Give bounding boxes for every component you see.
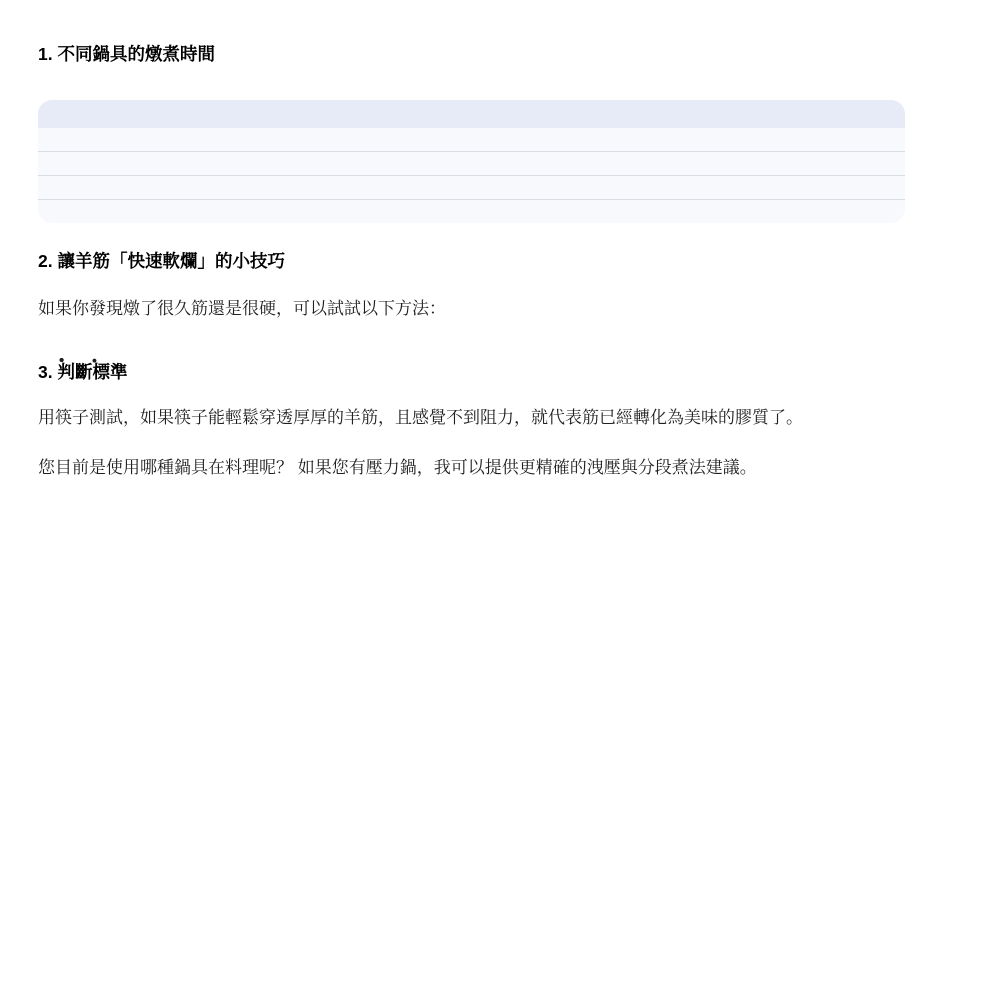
col-header-texture-note xyxy=(460,100,905,128)
cell-time xyxy=(228,200,460,224)
document-page: 1. 不同鍋具的燉煮時間 xyxy=(0,0,1000,483)
table-row xyxy=(38,152,905,176)
table-body xyxy=(38,128,905,223)
cell-desc xyxy=(460,128,905,152)
section-2-title: 2. 讓羊筋「快速軟爛」的小技巧 xyxy=(38,249,962,273)
cell-desc xyxy=(460,200,905,224)
table-row xyxy=(38,128,905,152)
cell-pot-type xyxy=(38,200,228,224)
table-header-row xyxy=(38,100,905,128)
table-row xyxy=(38,176,905,200)
table xyxy=(38,100,905,223)
section-3-paragraph-2: 您目前是使用哪種鍋具在料理呢？ 如果您有壓力鍋，我可以提供更精確的洩壓與分段煮法… xyxy=(38,453,962,483)
pot-cooking-time-table xyxy=(38,100,905,223)
cell-pot-type xyxy=(38,152,228,176)
cell-time xyxy=(228,152,460,176)
section-3-title: 3. 判斷標準 xyxy=(38,360,962,384)
section-3-paragraph-1: 用筷子測試，如果筷子能輕鬆穿透厚厚的羊筋，且感覺不到阻力，就代表筋已經轉化為美味… xyxy=(38,403,962,433)
cell-pot-type xyxy=(38,128,228,152)
cell-time xyxy=(228,128,460,152)
col-header-pot-type xyxy=(38,100,228,128)
section-1-title: 1. 不同鍋具的燉煮時間 xyxy=(38,42,962,66)
cell-time xyxy=(228,176,460,200)
cell-pot-type xyxy=(38,176,228,200)
table-row xyxy=(38,200,905,224)
section-2-intro: 如果你發現燉了很久筋還是很硬，可以試試以下方法： xyxy=(38,294,962,324)
col-header-suggested-time xyxy=(228,100,460,128)
cell-desc xyxy=(460,152,905,176)
table-header xyxy=(38,100,905,128)
cell-desc xyxy=(460,176,905,200)
